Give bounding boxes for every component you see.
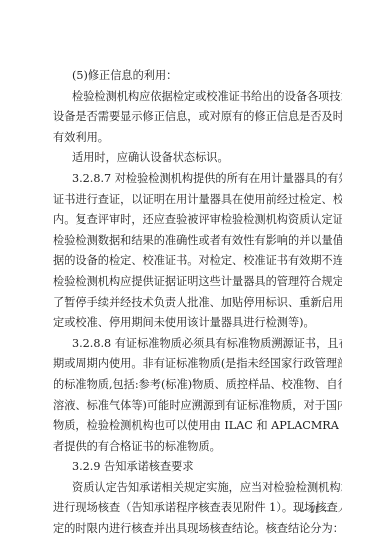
paragraph-line: 设备是否需要显示修正信息，或对原有的修正信息是否及时更新、备份并 bbox=[53, 107, 342, 128]
paragraph-line: 内。复查评审时，还应查验被评审检验检测机构资质认定证书有效期内对 bbox=[53, 210, 342, 231]
clause-3-2-8-8: 3.2.8.8 有证标准物质必须具有标准物质溯源证书，且在规定的有效 bbox=[53, 334, 342, 355]
paragraph-line: 溶液、标准气体等)可能时应溯源到有证标准物质，对于国内没有的标准 bbox=[53, 396, 342, 417]
paragraph-line: 了暂停手续并经技术负责人批准、加贴停用标识、重新启用时按要求经检 bbox=[53, 293, 342, 314]
paragraph-line: 定的时限内进行核查并出具现场核查结论。核查结论分为：“承诺属 bbox=[53, 519, 342, 540]
paragraph-line: 适用时，应确认设备状态标识。 bbox=[53, 148, 342, 169]
paragraph-line: 检验检测机构应依据检定或校准证书给出的设备各项技术指标，判断 bbox=[53, 87, 342, 108]
paragraph-line: 期或周期内使用。非有证标准物质(是指未经国家行政管理部门审批备案 bbox=[53, 354, 342, 375]
heading-correction-info: (5)修正信息的利用： bbox=[53, 66, 342, 87]
clause-text: 3.2.8.7 对检验检测机构提供的所有在用计量器具的有效检定 bbox=[72, 172, 342, 185]
paragraph-line: 资质认定告知承诺相关规定实施，应当对检验检测机构承诺的真实性 bbox=[53, 478, 342, 499]
paragraph-line: 定或校准、停用期间未使用该计量器具进行检测等)。 bbox=[53, 313, 342, 334]
page-number: — 11 — bbox=[296, 505, 332, 516]
paragraph-line: 有效利用。 bbox=[53, 128, 342, 149]
document-page: (5)修正信息的利用： 检验检测机构应依据检定或校准证书给出的设备各项技术指标，… bbox=[53, 66, 342, 540]
paragraph-line: 据的设备的检定、校准证书。对检定、校准证书有效期不连续的计量器具， bbox=[53, 251, 342, 272]
paragraph-line: 的标准物质,包括:参考(标准)物质、质控样品、校准物、自行配置的标准 bbox=[53, 375, 342, 396]
paragraph-line: 证书进行查证，以证明在用计量器具在使用前经过检定、校准并在有效期 bbox=[53, 190, 342, 211]
paragraph-line: 者提供的有合格证书的标准物质。 bbox=[53, 437, 342, 458]
paragraph-line: 物质，检验检测机构也可以使用由 ILAC 和 APLACMRA 认可的标准物质提… bbox=[53, 416, 342, 437]
paragraph-line: 检验检测机构应提供证据证明这些计量器具的管理符合规定要求(如办理 bbox=[53, 272, 342, 293]
paragraph-line: 检验检测数据和结果的准确性或者有效性有影响的并以量值出具检测数 bbox=[53, 231, 342, 252]
clause-3-2-8-7: 3.2.8.7 对检验检测机构提供的所有在用计量器具的有效检定、校准 bbox=[53, 169, 342, 190]
section-heading-3-2-9: 3.2.9 告知承诺核查要求 bbox=[53, 457, 342, 478]
